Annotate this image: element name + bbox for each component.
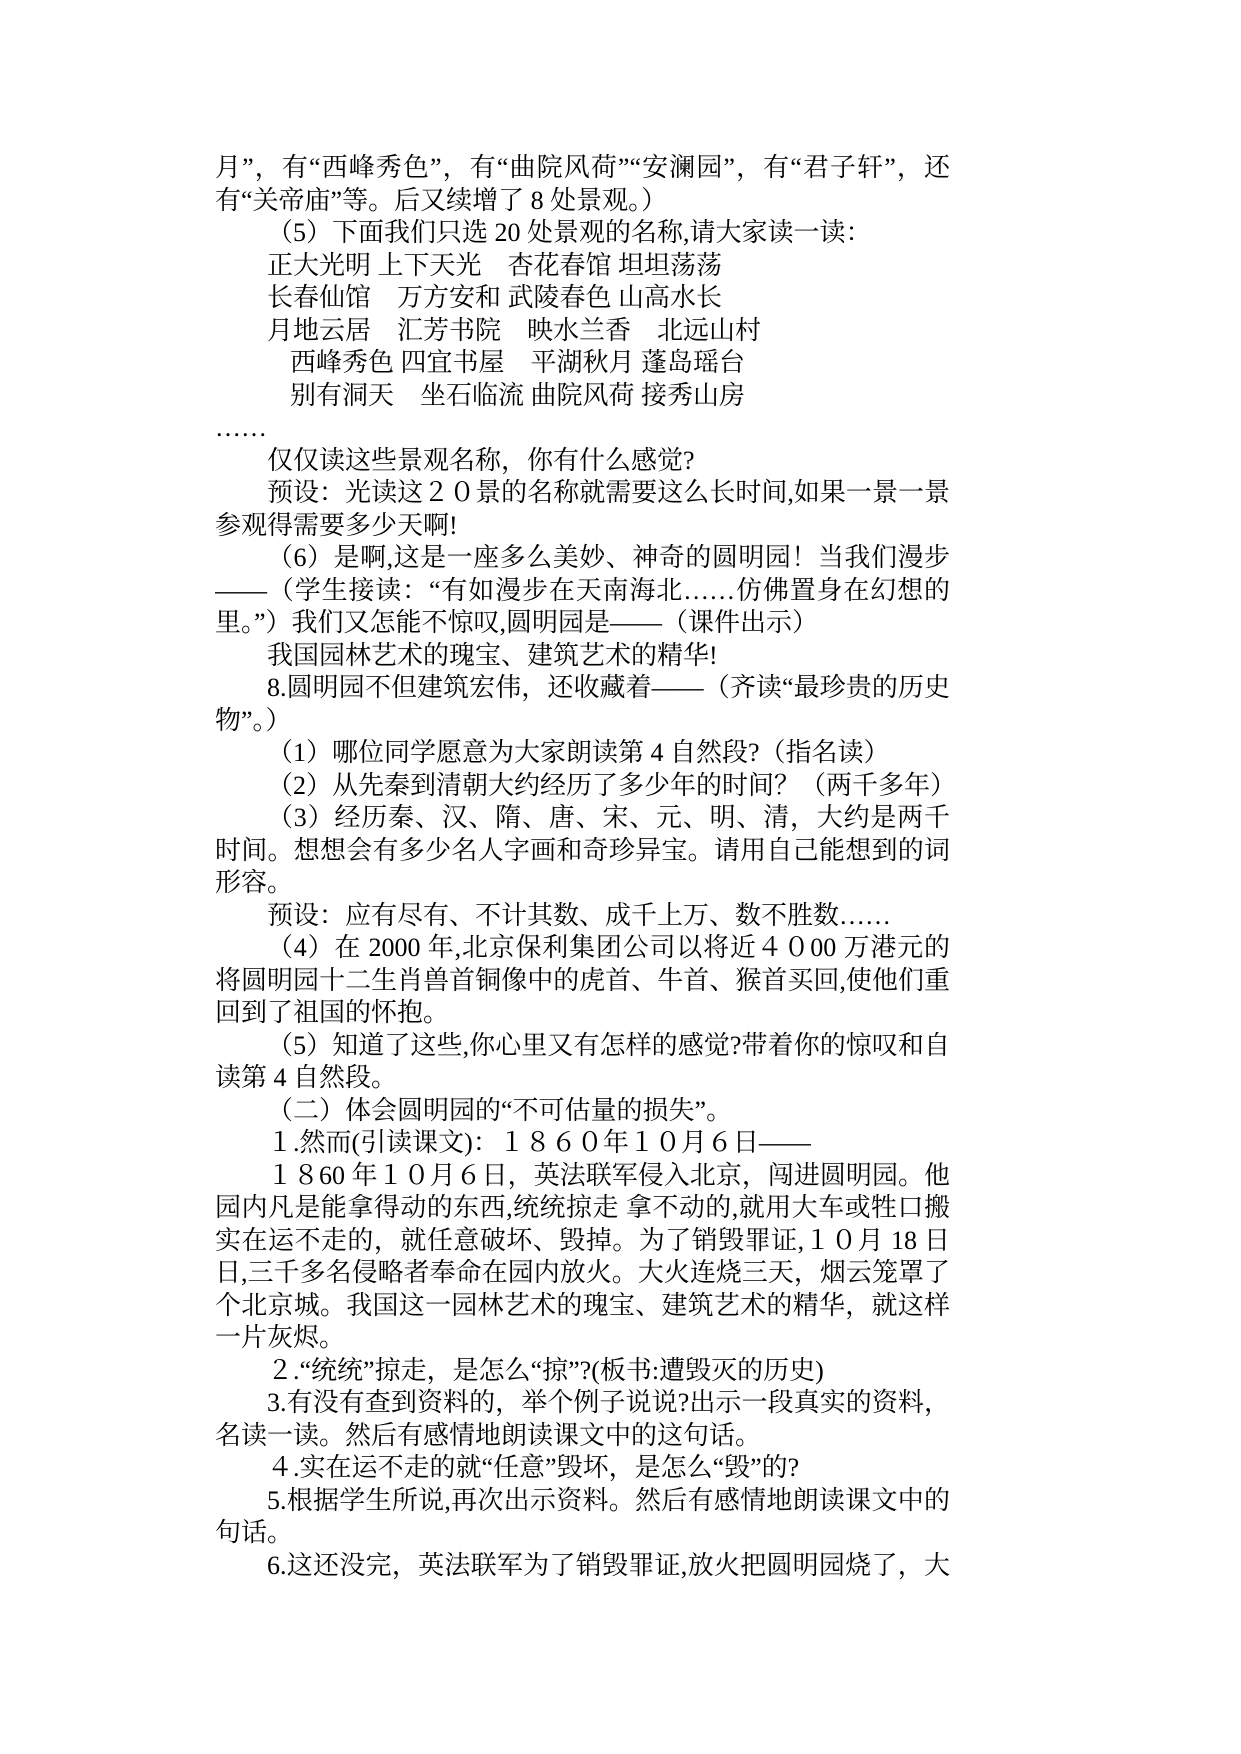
text-line: 句话。	[215, 1517, 950, 1550]
text-line: 5.根据学生所说,再次出示资料。然后有感情地朗读课文中的这	[215, 1485, 950, 1518]
text-line: 预设：应有尽有、不计其数、成千上万、数不胜数……	[215, 900, 950, 933]
document-page: 月”，有“西峰秀色”，有“曲院风荷”“安澜园”，有“君子轩”，还有“关帝庙”等。…	[0, 0, 1241, 1754]
text-line: 时间。想想会有多少名人字画和奇珍异宝。请用自己能想到的词语来	[215, 835, 950, 868]
text-line: 西峰秀色 四宜书屋 平湖秋月 蓬岛瑶台	[215, 347, 950, 380]
text-line: 回到了祖国的怀抱。	[215, 997, 950, 1030]
text-line: （1）哪位同学愿意为大家朗读第 4 自然段?（指名读）	[215, 737, 950, 770]
text-line: １８60 年１０月６日，英法联军侵入北京，闯进圆明园。他们把	[215, 1160, 950, 1193]
text-line: ……	[215, 412, 950, 445]
text-line: 长春仙馆 万方安和 武陵春色 山高水长	[215, 282, 950, 315]
text-line: 月”，有“西峰秀色”，有“曲院风荷”“安澜园”，有“君子轩”，还	[215, 152, 950, 185]
text-line: 正大光明 上下天光 杏花春馆 坦坦荡荡	[215, 250, 950, 283]
text-line: 读第 4 自然段。	[215, 1062, 950, 1095]
text-line: 月地云居 汇芳书院 映水兰香 北远山村	[215, 315, 950, 348]
text-line: ——（学生接读：“有如漫步在天南海北……仿佛置身在幻想的境界	[215, 575, 950, 608]
text-line: 物”。）	[215, 705, 950, 738]
text-line: 名读一读。然后有感情地朗读课文中的这句话。	[215, 1420, 950, 1453]
text-line: ４.实在运不走的就“任意”毁坏，是怎么“毁”的?	[215, 1452, 950, 1485]
text-line: 8.圆明园不但建筑宏伟，还收藏着——（齐读“最珍贵的历史文	[215, 672, 950, 705]
text-line: 别有洞天 坐石临流 曲院风荷 接秀山房	[215, 380, 950, 413]
text-line: 一片灰烬。	[215, 1322, 950, 1355]
text-line: 园内凡是能拿得动的东西,统统掠走 拿不动的,就用大车或牲口搬运;	[215, 1192, 950, 1225]
text-line: （5）知道了这些,你心里又有怎样的感觉?带着你的惊叹和自豪齐	[215, 1030, 950, 1063]
text-line: 个北京城。我国这一园林艺术的瑰宝、建筑艺术的精华，就这样化为	[215, 1290, 950, 1323]
text-line: （5）下面我们只选 20 处景观的名称,请大家读一读：	[215, 217, 950, 250]
text-line: 里。”）我们又怎能不惊叹,圆明园是——（课件出示）	[215, 607, 950, 640]
text-line: （二）体会圆明园的“不可估量的损失”。	[215, 1095, 950, 1128]
text-line: 6.这还没完，英法联军为了销毁罪证,放火把圆明园烧了，大火	[215, 1550, 950, 1583]
text-line: 参观得需要多少天啊!	[215, 510, 950, 543]
text-line: １.然而(引读课文)：１８６０年１０月６日——	[215, 1127, 950, 1160]
text-line: 仅仅读这些景观名称，你有什么感觉?	[215, 445, 950, 478]
text-line: 将圆明园十二生肖兽首铜像中的虎首、牛首、猴首买回,使他们重又	[215, 965, 950, 998]
text-line: 3.有没有查到资料的，举个例子说说?出示一段真实的资料，指	[215, 1387, 950, 1420]
text-line: 形容。	[215, 867, 950, 900]
text-line: （6）是啊,这是一座多么美妙、神奇的圆明园！当我们漫步园内	[215, 542, 950, 575]
text-line: （4）在 2000 年,北京保利集团公司以将近４０00 万港元的价格	[215, 932, 950, 965]
text-line: 日,三千多名侵略者奉命在园内放火。大火连烧三天，烟云笼罩了整	[215, 1257, 950, 1290]
text-line: （3）经历秦、汉、隋、唐、宋、元、明、清，大约是两千多年的	[215, 802, 950, 835]
text-line: 实在运不走的，就任意破坏、毁掉。为了销毁罪证,１０月 18 日和１９	[215, 1225, 950, 1258]
text-line: （2）从先秦到清朝大约经历了多少年的时间？（两千多年）	[215, 770, 950, 803]
text-line: 有“关帝庙”等。后又续增了 8 处景观。）	[215, 185, 950, 218]
text-line: 我国园林艺术的瑰宝、建筑艺术的精华!	[215, 640, 950, 673]
text-line: ２.“统统”掠走，是怎么“掠”?(板书:遭毁灭的历史)	[215, 1355, 950, 1388]
text-block: 月”，有“西峰秀色”，有“曲院风荷”“安澜园”，有“君子轩”，还有“关帝庙”等。…	[215, 152, 950, 1582]
text-line: 预设：光读这２０景的名称就需要这么长时间,如果一景一景地	[215, 477, 950, 510]
